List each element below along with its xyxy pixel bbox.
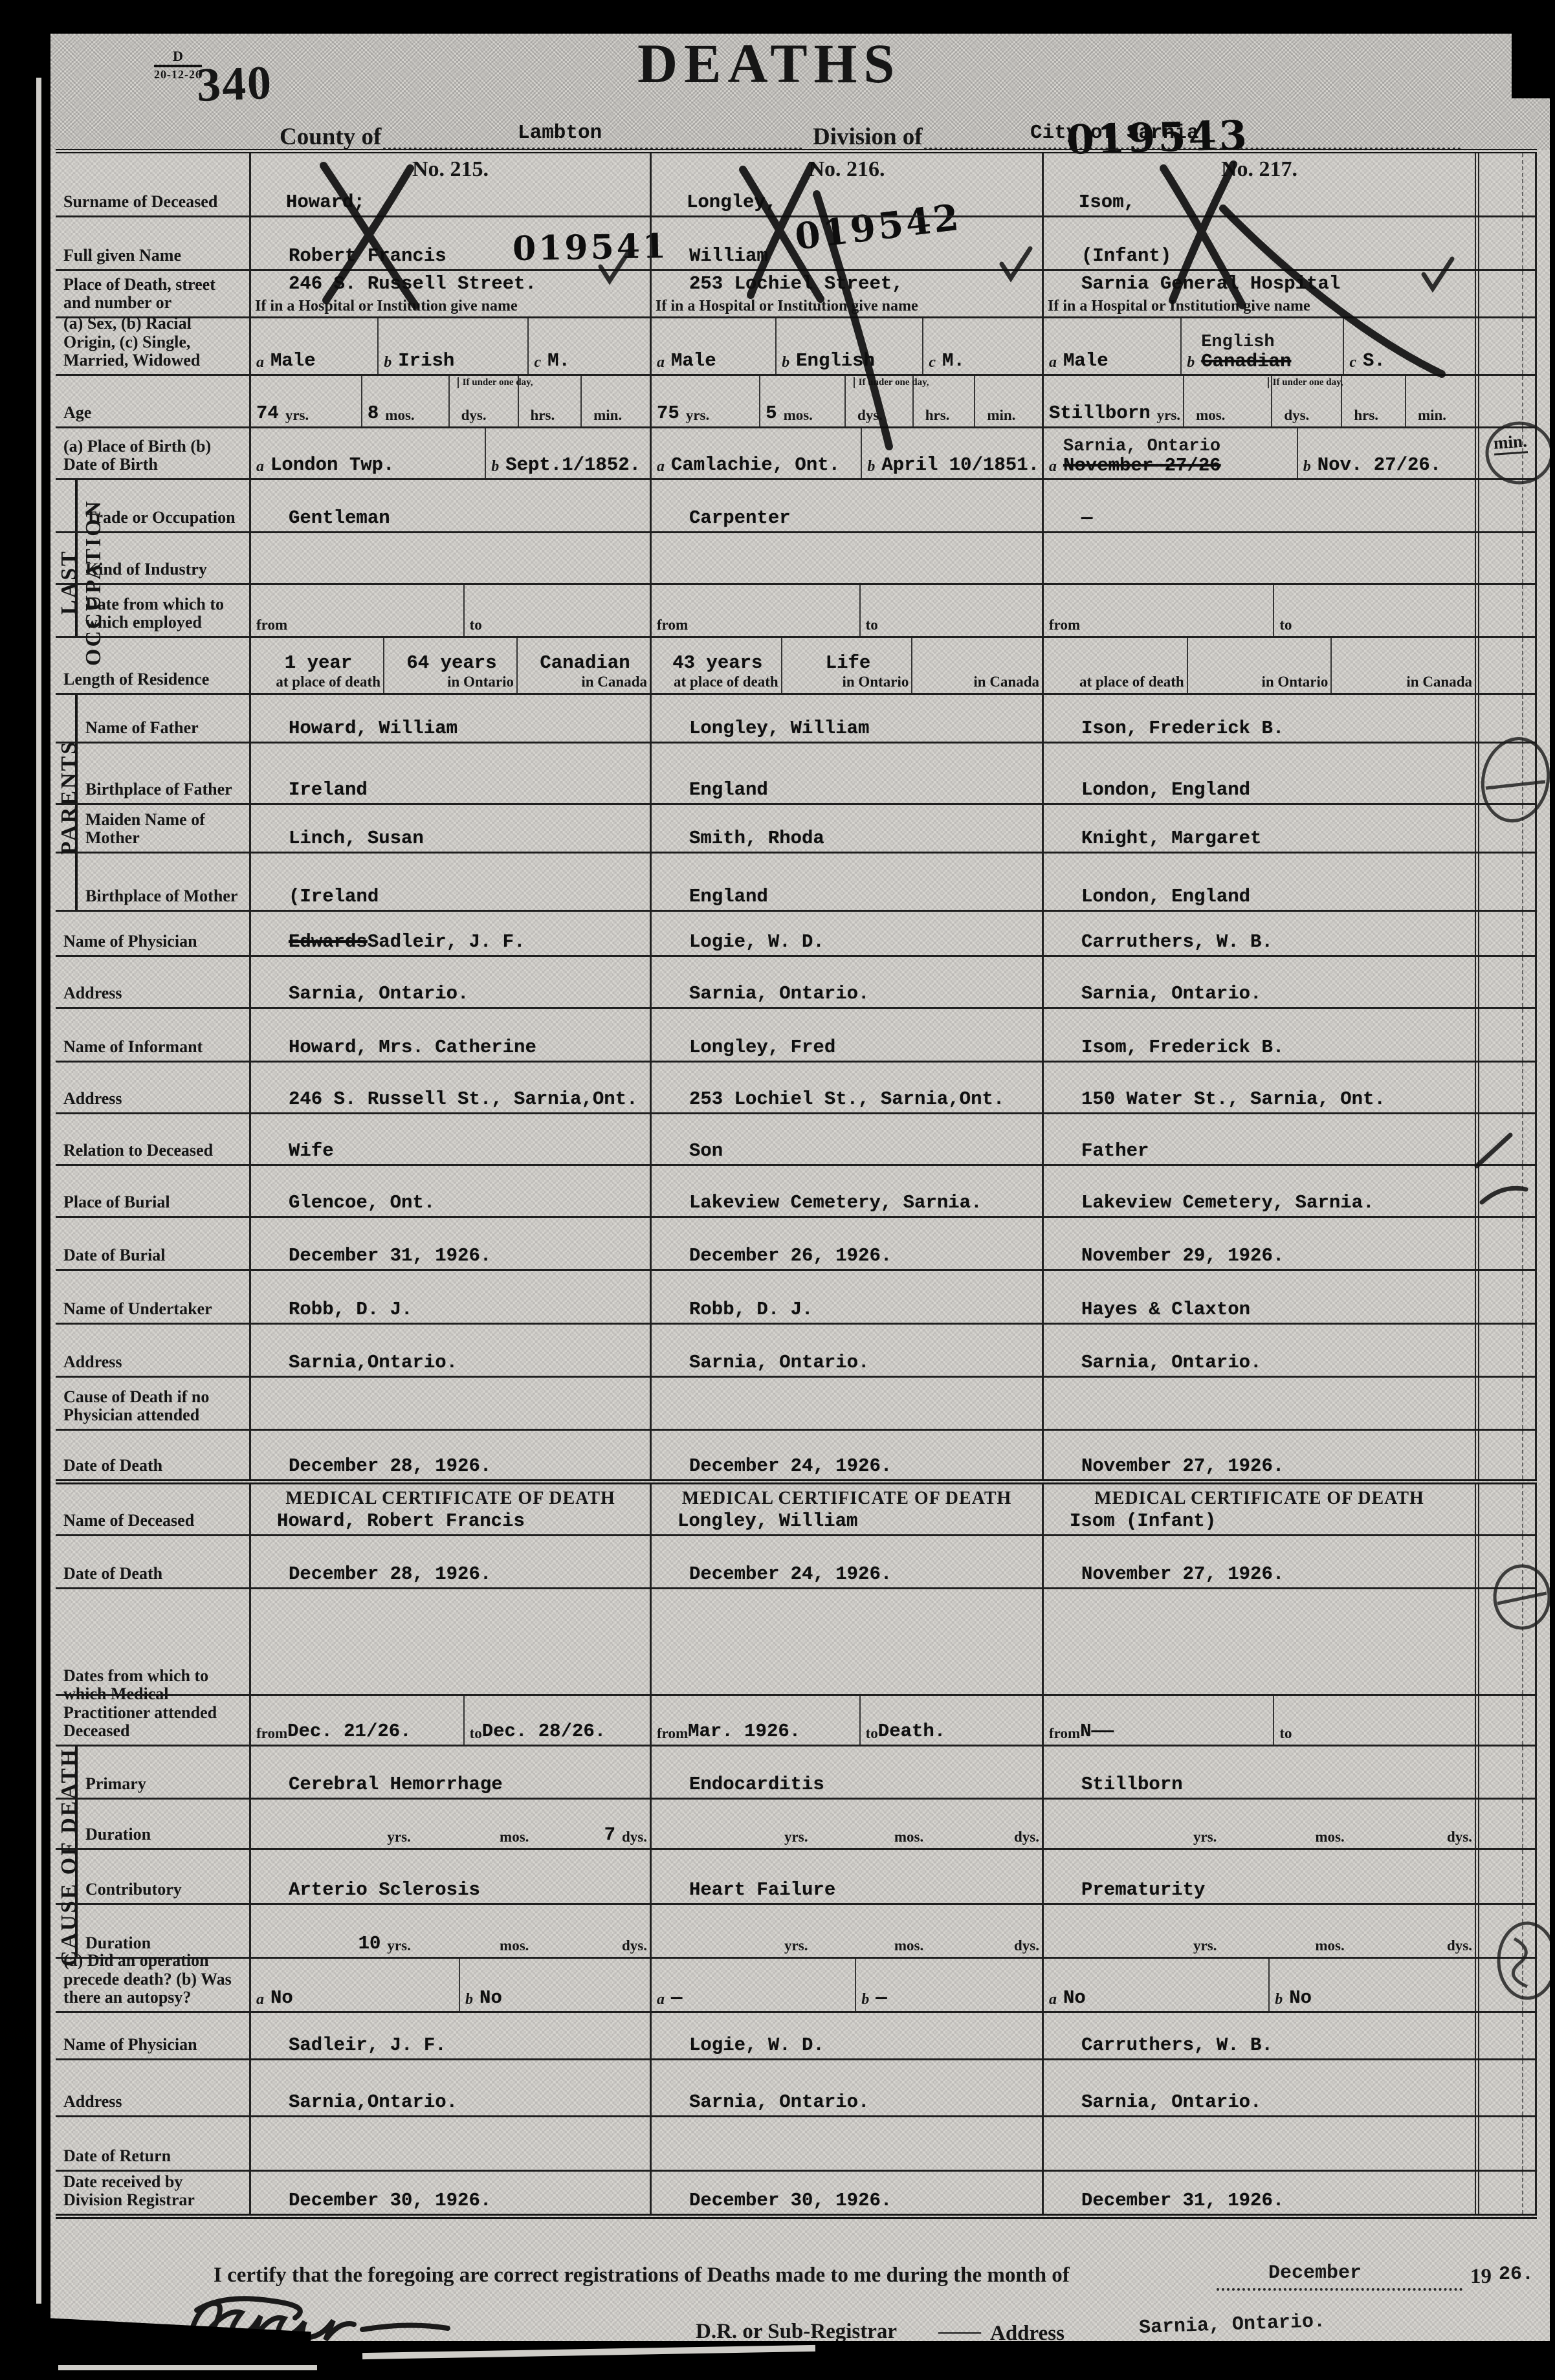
unit-min: min. <box>987 407 1015 424</box>
entry-text: November 27, 1926. <box>1081 1455 1284 1477</box>
table-row <box>56 1589 1537 1696</box>
row-label: Duration <box>56 1905 251 1957</box>
entry-text: England <box>689 886 768 907</box>
entry-text: Prematurity <box>1081 1879 1205 1901</box>
sex-field: aMale <box>1044 318 1180 374</box>
entry-text: Lakeview Cemetery, Sarnia. <box>689 1192 982 1213</box>
table-row: AgeIf under one day, 74yrs. 8mos. dys. h… <box>56 376 1537 428</box>
record-cell: Endocarditis <box>652 1746 1044 1798</box>
record-cell: Linch, Susan <box>251 805 652 852</box>
medical-certificate-header: MEDICAL CERTIFICATE OF DEATH <box>652 1488 1042 1509</box>
table-row: Date of DeathDecember 28, 1926.December … <box>56 1431 1537 1484</box>
table-row: ContributoryArterio SclerosisHeart Failu… <box>56 1850 1537 1905</box>
residence-sub: Canadianin Canada <box>516 638 650 693</box>
entry-text: Howard, Mrs. Catherine <box>289 1037 536 1058</box>
certify-year-value: 26. <box>1499 2264 1534 2286</box>
entry-text: Sarnia, Ontario. <box>1081 2091 1261 2113</box>
margin-dashed-line <box>1522 957 1523 1007</box>
sub-letter-a: a <box>657 354 665 371</box>
side-label-cause-of-death: CAUSE OF DEATH <box>57 1715 82 2000</box>
division-label: Division of <box>813 123 923 151</box>
record-cell: 246 S. Russell St., Sarnia,Ont. <box>251 1063 652 1112</box>
from-label: from <box>256 1725 287 1742</box>
marital-status-field: cM. <box>527 318 650 374</box>
row-label: Name of Deceased <box>56 1484 251 1534</box>
margin-dashed-line <box>1522 2060 1523 2115</box>
unit-dys: dys. <box>622 1937 647 1954</box>
unit-dys: dys. <box>1447 1937 1472 1954</box>
record-cell: Sadleir, J. F. <box>251 2013 652 2058</box>
margin-cell <box>1479 1271 1537 1323</box>
margin-cell <box>1479 1009 1537 1061</box>
row-label-text: Date received by Division Registrar <box>63 2173 245 2210</box>
row-label-text: Date from which to which employed <box>85 595 245 632</box>
record-cell: Lakeview Cemetery, Sarnia. <box>1044 1166 1479 1216</box>
record-cell: aMale b English cM. <box>652 318 1044 374</box>
row-label: Primary <box>56 1746 251 1798</box>
entry-text: 75 <box>657 402 679 424</box>
record-cell: Sarnia, Ontario. <box>1044 2060 1479 2115</box>
margin-dashed-line <box>1522 1589 1523 1694</box>
record-cell: yrs. mos. dys. <box>1044 1800 1479 1848</box>
record-cell: Sarnia, Ontario. <box>1044 1325 1479 1376</box>
certify-month-line <box>1217 2288 1462 2291</box>
row-label: Name of Undertaker <box>56 1271 251 1323</box>
record-cell: No. 217.Isom, <box>1044 153 1479 215</box>
record-cell: yrs. mos. dys. <box>652 1800 1044 1848</box>
residence-sub-label: at place of death <box>674 674 778 690</box>
record-cell: Gentleman <box>251 480 652 531</box>
record-cell <box>251 2117 652 2170</box>
row-label-text: Surname of Deceased <box>63 193 217 212</box>
entry-text: Sarnia, Ontario. <box>689 1352 869 1373</box>
row-label: Age <box>56 376 251 426</box>
table-row: Dates from which to which Medical Practi… <box>56 1696 1537 1746</box>
hospital-note: If in a Hospital or Institution give nam… <box>255 298 518 315</box>
margin-dashed-line <box>1522 1850 1523 1903</box>
hospital-note: If in a Hospital or Institution give nam… <box>1048 298 1310 315</box>
record-cell: December 26, 1926. <box>652 1218 1044 1269</box>
record-cell: December 31, 1926. <box>1044 2172 1479 2214</box>
record-cell: Hayes & Claxton <box>1044 1271 1479 1323</box>
margin-cell <box>1479 1589 1537 1694</box>
record-cell: Logie, W. D. <box>652 912 1044 955</box>
unit-yrs: yrs. <box>1193 1937 1217 1954</box>
record-cell: yrs. mos. dys. <box>652 1905 1044 1957</box>
residence-entry: 64 years <box>406 652 496 674</box>
record-cell <box>251 1378 652 1429</box>
scan-streak-2 <box>58 2365 317 2370</box>
county-label: County of <box>280 123 381 151</box>
margin-dashed-line <box>1522 1484 1523 1534</box>
entry-text: Stillborn <box>1049 402 1151 424</box>
margin-cell <box>1479 638 1537 693</box>
table-row: Date of DeathDecember 28, 1926.December … <box>56 1536 1537 1589</box>
residence-sub: in Ontario <box>1187 638 1331 693</box>
table-row: Cause of Death if no Physician attended <box>56 1378 1537 1431</box>
row-label-text: Address <box>63 984 122 1003</box>
row-label: Maiden Name of Mother <box>56 805 251 852</box>
record-cell: from to <box>251 585 652 636</box>
entry-text: Robb, D. J. <box>689 1299 813 1320</box>
min-margin-stamp: min. <box>1493 431 1528 456</box>
table-row: Trade or OccupationGentlemanCarpenter— <box>56 480 1537 533</box>
operation-entry: No <box>1063 1987 1086 2009</box>
record-cell: If under one day, 74yrs. 8mos. dys. hrs.… <box>251 376 652 426</box>
entry-text: December 24, 1926. <box>689 1563 892 1585</box>
entry-text: Male <box>1063 350 1108 371</box>
record-cell: 253 Lochiel St., Sarnia,Ont. <box>652 1063 1044 1112</box>
record-cell: fromMar. 1926. toDeath. <box>652 1696 1044 1745</box>
row-label-text: Place of Burial <box>63 1193 170 1212</box>
residence-sub-label: in Canada <box>581 674 647 690</box>
table-row: AddressSarnia,Ontario.Sarnia, Ontario.Sa… <box>56 1325 1537 1378</box>
residence-sub-label: in Canada <box>973 674 1039 690</box>
entry-text: Sarnia, Ontario. <box>1081 983 1261 1004</box>
record-cell: from to <box>652 585 1044 636</box>
row-label-text: Birthplace of Father <box>85 780 232 799</box>
record-cell: Edwards Sadleir, J. F. <box>251 912 652 955</box>
autopsy-entry: No <box>1289 1987 1312 2009</box>
birthdate-entry: Nov. 27/26. <box>1318 454 1441 476</box>
margin-cell <box>1479 805 1537 852</box>
sub-letter-a: a <box>657 1991 665 2009</box>
margin-cell <box>1479 1063 1537 1112</box>
entry-text: Male <box>270 350 316 371</box>
unit-dys: dys. <box>1014 1829 1039 1846</box>
from-label: from <box>256 617 287 634</box>
operation-entry: — <box>671 1987 682 2009</box>
record-cell: Lakeview Cemetery, Sarnia. <box>652 1166 1044 1216</box>
margin-cell <box>1479 533 1537 583</box>
scan-edge-left <box>0 0 50 2380</box>
margin-cell <box>1479 1218 1537 1269</box>
table-row: Address246 S. Russell St., Sarnia,Ont.25… <box>56 1063 1537 1114</box>
surname-entry: Longley, <box>687 192 777 213</box>
record-cell: Sarnia, Ontario. <box>652 957 1044 1007</box>
unit-mos: mos. <box>894 1829 923 1846</box>
record-cell: aNo bNo <box>1044 1959 1479 2011</box>
margin-dashed-line <box>1522 1800 1523 1848</box>
table-row: Birthplace of Mother(IrelandEnglandLondo… <box>56 854 1537 912</box>
table-row: (a) Did an operation precede death? (b) … <box>56 1959 1537 2013</box>
row-label-text: Address <box>63 1353 122 1372</box>
margin-cell <box>1479 480 1537 531</box>
margin-cell <box>1479 2013 1537 2058</box>
entry-text: 7 <box>604 1824 615 1846</box>
entry-text: November 29, 1926. <box>1081 1245 1284 1266</box>
record-cell: December 24, 1926. <box>652 1431 1044 1479</box>
record-cell: Smith, Rhoda <box>652 805 1044 852</box>
table-row: Place of Death, street and number or246 … <box>56 271 1537 318</box>
certify-statement: I certify that the foregoing are correct… <box>214 2264 1070 2287</box>
entry-text: Sadleir, J. F. <box>289 2034 447 2056</box>
if-under-one-day-note: If under one day, <box>458 377 646 388</box>
entry-text: S. <box>1363 350 1385 371</box>
row-label-text: Trade or Occupation <box>85 509 236 527</box>
entry-text: December 28, 1926. <box>289 1455 491 1477</box>
table-row: Name of PhysicianSadleir, J. F.Logie, W.… <box>56 2013 1537 2060</box>
row-label: Dates from which to which Medical Practi… <box>56 1696 251 1745</box>
margin-cell <box>1479 2172 1537 2214</box>
entry-text: (Infant) <box>1081 245 1171 267</box>
row-label-text: (a) Sex, (b) Racial Origin, (c) Single, … <box>63 314 245 370</box>
entry-text: December 28, 1926. <box>289 1563 491 1585</box>
margin-cell <box>1479 1431 1537 1479</box>
certify-month-value: December <box>1268 2262 1362 2284</box>
to-label: to <box>866 1725 878 1742</box>
row-label: Date of Burial <box>56 1218 251 1269</box>
record-cell: Son <box>652 1114 1044 1164</box>
entry-struck-text: Canadian <box>1201 352 1291 371</box>
unit-yrs: yrs. <box>686 407 709 424</box>
row-label: (a) Did an operation precede death? (b) … <box>56 1959 251 2011</box>
record-cell: yrs. mos. dys. <box>1044 1905 1479 1957</box>
birthplace-entry: London Twp. <box>270 454 394 476</box>
margin-dashed-line <box>1522 217 1523 269</box>
sub-letter-b: b <box>491 458 499 476</box>
form-code-top: D <box>154 49 202 67</box>
margin-dashed-line <box>1522 376 1523 426</box>
birthdate-entry: April 10/1851. <box>881 454 1039 476</box>
row-label-text: Age <box>63 404 91 423</box>
page-title: DEATHS <box>637 31 901 96</box>
unit-dys: dys. <box>1447 1829 1472 1846</box>
from-label: from <box>657 1725 688 1742</box>
row-label-text: Date of Death <box>63 1565 162 1583</box>
record-cell: Robb, D. J. <box>251 1271 652 1323</box>
entry-text: Isom, Frederick B. <box>1081 1037 1284 1058</box>
entry-text: Glencoe, Ont. <box>289 1192 435 1213</box>
row-label-text: Date of Burial <box>63 1246 165 1265</box>
record-cell: Sarnia,Ontario. <box>251 2060 652 2115</box>
record-cell: Sarnia, Ontario. <box>251 957 652 1007</box>
entry-text: Sarnia, Ontario. <box>689 983 869 1004</box>
unit-mos: mos. <box>1196 407 1225 424</box>
row-label-text: (a) Place of Birth (b) Date of Birth <box>63 437 245 474</box>
margin-cell <box>1479 1484 1537 1534</box>
row-label: Relation to Deceased <box>56 1114 251 1164</box>
table-row: Full given NameRobert FrancisWilliam(Inf… <box>56 217 1537 271</box>
record-cell: Sarnia,Ontario. <box>251 1325 652 1376</box>
margin-cell <box>1479 1746 1537 1798</box>
from-entry: Mar. 1926. <box>688 1721 800 1742</box>
margin-dashed-line <box>1522 1166 1523 1216</box>
margin-dashed-line <box>1522 1696 1523 1745</box>
record-cell: 43 yearsat place of death Lifein Ontario… <box>652 638 1044 693</box>
sub-letter-a: a <box>1049 354 1057 371</box>
unit-yrs: yrs. <box>1157 407 1180 424</box>
table-row: Date of BurialDecember 31, 1926.December… <box>56 1218 1537 1271</box>
entry-text: Logie, W. D. <box>689 2034 824 2056</box>
margin-dashed-line <box>1522 1009 1523 1061</box>
surname-entry: Howard; <box>286 192 365 213</box>
medical-certificate-header: MEDICAL CERTIFICATE OF DEATH <box>1044 1488 1475 1509</box>
deceased-name-entry: Longley, William <box>678 1510 857 1532</box>
record-cell: Howard, Mrs. Catherine <box>251 1009 652 1061</box>
margin-dashed-line <box>1522 153 1523 215</box>
entry-text: December 31, 1926. <box>1081 2190 1284 2211</box>
row-label-text: Address <box>63 2093 122 2111</box>
margin-cell <box>1479 957 1537 1007</box>
residence-sub: Lifein Ontario <box>781 638 912 693</box>
entry-text: M. <box>547 350 570 371</box>
row-label: Date received by Division Registrar <box>56 2172 251 2214</box>
entry-text: Hayes & Claxton <box>1081 1299 1250 1320</box>
deceased-name-entry: Howard, Robert Francis <box>277 1510 525 1532</box>
entry-text: Ison, Frederick B. <box>1081 718 1284 739</box>
record-cell: Carruthers, W. B. <box>1044 2013 1479 2058</box>
record-cell: Carruthers, W. B. <box>1044 912 1479 955</box>
record-cell: Sarnia, Ontario. <box>652 1325 1044 1376</box>
record-cell: Sarnia, Ontario. <box>1044 957 1479 1007</box>
scan-edge-top <box>0 0 1555 34</box>
margin-dashed-line <box>1522 695 1523 742</box>
entry-text: Male <box>671 350 716 371</box>
row-label: Date of Return <box>56 2117 251 2170</box>
row-label: Place of Burial <box>56 1166 251 1216</box>
row-label-text: Birthplace of Mother <box>85 887 237 906</box>
margin-dashed-line <box>1522 533 1523 583</box>
entry-text: Longley, Fred <box>689 1037 835 1058</box>
to-label: to <box>866 617 878 634</box>
entry-text: December 30, 1926. <box>689 2190 892 2211</box>
scan-edge-right <box>1550 0 1555 2380</box>
row-label-text: Name of Physician <box>63 2036 197 2055</box>
unit-min: min. <box>593 407 622 424</box>
registrar-label: D.R. or Sub-Registrar <box>696 2320 897 2344</box>
sub-letter-a: a <box>1049 1991 1057 2009</box>
record-cell: aNo bNo <box>251 1959 652 2011</box>
row-label-text: Duration <box>85 1934 151 1953</box>
margin-cell <box>1479 1959 1537 2011</box>
margin-dashed-line <box>1522 1271 1523 1323</box>
row-label: Surname of Deceased <box>56 153 251 215</box>
place-of-death-entry: 246 S. Russell Street. <box>289 273 536 294</box>
margin-dashed-line <box>1522 480 1523 531</box>
entry-text: Gentleman <box>289 507 390 529</box>
record-cell: London, England <box>1044 744 1479 803</box>
margin-cell <box>1479 271 1537 316</box>
from-label: from <box>657 617 688 634</box>
entry-correction: Sarnia, Ontario <box>1063 437 1221 456</box>
margin-cell <box>1479 318 1537 374</box>
row-label-text: Duration <box>85 1825 151 1844</box>
record-cell: yrs. mos. 7dys. <box>251 1800 652 1848</box>
row-label: Birthplace of Mother <box>56 854 251 910</box>
record-cell: 1 yearat place of death 64 yearsin Ontar… <box>251 638 652 693</box>
sub-letter-c: c <box>534 354 541 371</box>
table-row: Name of InformantHoward, Mrs. CatherineL… <box>56 1009 1537 1063</box>
record-cell: December 28, 1926. <box>251 1431 652 1479</box>
from-entry: N—— <box>1080 1721 1114 1742</box>
entry-text: (Ireland <box>289 886 379 907</box>
row-label-text: Maiden Name of Mother <box>85 811 245 848</box>
row-label-text: Date of Return <box>63 2147 171 2166</box>
record-cell: November 27, 1926. <box>1044 1431 1479 1479</box>
record-cell: Robert Francis <box>251 217 652 269</box>
entry-text: Stillborn <box>1081 1774 1183 1795</box>
table-row: Kind of Industry <box>56 533 1537 585</box>
unit-mos: mos. <box>784 407 813 424</box>
table-row: Date from which to which employedfrom to… <box>56 585 1537 638</box>
hospital-note: If in a Hospital or Institution give nam… <box>656 298 918 315</box>
record-cell: aMale b EnglishCanadian cS. <box>1044 318 1479 374</box>
residence-entry: 1 year <box>285 652 352 674</box>
row-label-text: Name of Undertaker <box>63 1300 212 1319</box>
unit-min: min. <box>1418 407 1446 424</box>
row-label-text: Date of Death <box>63 1457 162 1475</box>
entry-text: Endocarditis <box>689 1774 824 1795</box>
to-label: to <box>470 617 482 634</box>
row-label: Address <box>56 1063 251 1112</box>
sex-field: aMale <box>652 318 775 374</box>
margin-dashed-line <box>1522 1959 1523 2011</box>
row-label: Name of Physician <box>56 2013 251 2058</box>
margin-dashed-line <box>1522 1218 1523 1269</box>
sub-letter-b: b <box>1275 1991 1283 2009</box>
residence-entry: Canadian <box>540 652 630 674</box>
margin-dashed-line <box>1522 1905 1523 1957</box>
deceased-name-entry: Isom (Infant) <box>1070 1510 1216 1532</box>
entry-text: Sarnia,Ontario. <box>289 2091 458 2113</box>
entry-text: 10 <box>358 1933 381 1954</box>
birthplace-entry: Camlachie, Ont. <box>671 454 840 476</box>
table-row: PrimaryCerebral HemorrhageEndocarditisSt… <box>56 1746 1537 1800</box>
record-cell: a London Twp. bSept.1/1852. <box>251 428 652 478</box>
residence-sub: 43 yearsat place of death <box>652 638 781 693</box>
to-label: to <box>1279 1725 1292 1742</box>
county-value: Lambton <box>518 122 602 144</box>
margin-cell <box>1479 854 1537 910</box>
residence-sub-label: in Ontario <box>447 674 514 690</box>
margin-cell <box>1479 376 1537 426</box>
record-cell: MEDICAL CERTIFICATE OF DEATHLongley, Wil… <box>652 1484 1044 1534</box>
if-under-one-day-note: If under one day, <box>854 377 1038 388</box>
record-cell: MEDICAL CERTIFICATE OF DEATHIsom (Infant… <box>1044 1484 1479 1534</box>
margin-cell <box>1479 1536 1537 1587</box>
row-label-text: Name of Physician <box>63 932 197 951</box>
unit-mos: mos. <box>500 1937 529 1954</box>
sub-letter-b: b <box>861 1991 869 2009</box>
margin-cell <box>1479 2060 1537 2115</box>
entry-text: 5 <box>766 402 777 424</box>
table-row: Name of FatherHoward, WilliamLongley, Wi… <box>56 695 1537 744</box>
side-label-parents: PARENTS <box>57 694 82 901</box>
racial-origin-field: b Irish <box>377 318 527 374</box>
row-label: Contributory <box>56 1850 251 1903</box>
entry-correction: English <box>1201 333 1291 351</box>
record-cell: England <box>652 854 1044 910</box>
record-cell <box>652 1589 1044 1694</box>
row-label: Date of Death <box>56 1431 251 1479</box>
entry-text: London, England <box>1081 886 1250 907</box>
to-entry: Death. <box>878 1721 945 1742</box>
table-row: Birthplace of FatherIrelandEnglandLondon… <box>56 744 1537 805</box>
record-cell: a Camlachie, Ont. bApril 10/1851. <box>652 428 1044 478</box>
row-label-text: (a) Did an operation precede death? (b) … <box>63 1952 245 2007</box>
record-cell: London, England <box>1044 854 1479 910</box>
autopsy-entry: No <box>480 1987 502 2009</box>
record-cell: Ison, Frederick B. <box>1044 695 1479 742</box>
entry-text: Knight, Margaret <box>1081 828 1261 849</box>
unit-hrs: hrs. <box>531 407 555 424</box>
marital-status-field: cS. <box>1343 318 1475 374</box>
entry-text: Carruthers, W. B. <box>1081 2034 1273 2056</box>
sub-letter-b: b <box>465 1991 473 2009</box>
register-table: Surname of DeceasedNo. 215.Howard;No. 21… <box>56 149 1537 2219</box>
record-cell <box>1044 1589 1479 1694</box>
